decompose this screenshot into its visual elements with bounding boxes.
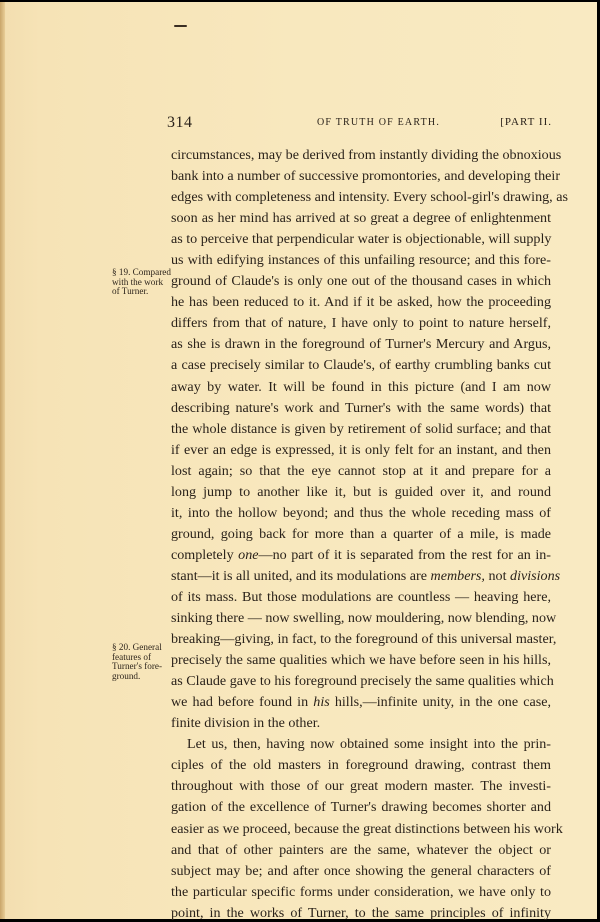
- text-line: precisely the same qualities which we ha…: [171, 650, 551, 671]
- text-line: circumstances, may be derived from insta…: [171, 145, 551, 166]
- text-line: the particular specific forms under cons…: [171, 882, 551, 903]
- text-line: long jump to another like it, but is gui…: [171, 482, 551, 503]
- sidenote-section-19: § 19. Compared with the work of Turner.: [112, 268, 174, 297]
- part-label: [PART II.: [500, 116, 552, 128]
- text-line: of its mass. But those modulations are c…: [171, 587, 551, 608]
- emphasis: his: [313, 694, 329, 710]
- text-line: soon as her mind has arrived at so great…: [171, 208, 551, 229]
- text-line: us with edifying instances of this unfai…: [171, 250, 551, 271]
- text-line: the whole distance is given by retiremen…: [171, 419, 551, 440]
- text-line: away by water. It will be found in this …: [171, 377, 551, 398]
- text-line: subject may be; and after once showing t…: [171, 861, 551, 882]
- text-line: Let us, then, having now obtained some i…: [171, 734, 551, 755]
- text-line: finite division in the other.: [171, 713, 551, 734]
- sidenote-line: ground.: [112, 672, 174, 682]
- text-line: ground of Claude's is only one out of th…: [171, 271, 551, 292]
- text-line: we had before found in his hills,—infini…: [171, 692, 551, 713]
- text-line: as she is drawn in the foreground of Tur…: [171, 334, 551, 355]
- emphasis: members,: [431, 568, 485, 584]
- top-mark: [174, 25, 187, 27]
- page-number: 314: [167, 114, 193, 132]
- sidenote-section-20: § 20. General features of Turner's fore-…: [112, 643, 174, 681]
- text-line: if ever an edge is expressed, it is only…: [171, 440, 551, 461]
- text-line: a case precisely similar to Claude's, of…: [171, 355, 551, 376]
- text-line: ciples of the old masters in foreground …: [171, 755, 551, 776]
- text-line: breaking—giving, in fact, to the foregro…: [171, 629, 551, 650]
- page-header: 314 OF TRUTH OF EARTH. [PART II.: [167, 114, 552, 132]
- emphasis: divisions: [510, 568, 560, 584]
- text-line: differs from that of nature, I have only…: [171, 313, 551, 334]
- text-line: sinking there — now swelling, now moulde…: [171, 608, 551, 629]
- text-line: edges with completeness and intensity. E…: [171, 187, 551, 208]
- text-line: lost again; so that the eye cannot stop …: [171, 461, 551, 482]
- text-line: completely one—no part of it is separate…: [171, 545, 551, 566]
- text-line: gation of the excellence of Turner's dra…: [171, 797, 551, 818]
- text-line: describing nature's work and Turner's wi…: [171, 398, 551, 419]
- text-line: easier as we proceed, because the great …: [171, 819, 551, 840]
- book-page: 314 OF TRUTH OF EARTH. [PART II. § 19. C…: [0, 2, 597, 919]
- text-line: it, into the hollow beyond; and thus the…: [171, 503, 551, 524]
- emphasis: one: [238, 547, 258, 563]
- text-line: ground, going back for more than a quart…: [171, 524, 551, 545]
- text-line: bank into a number of successive promont…: [171, 166, 551, 187]
- running-head: OF TRUTH OF EARTH.: [317, 117, 440, 128]
- text-line: as to perceive that perpendicular water …: [171, 229, 551, 250]
- body-text: circumstances, may be derived from insta…: [171, 145, 551, 922]
- text-line: and that of other painters are the same,…: [171, 840, 551, 861]
- sidenote-line: of Turner.: [112, 287, 174, 297]
- text-line: stant—it is all united, and its modulati…: [171, 566, 551, 587]
- text-line: throughout with those of our great moder…: [171, 776, 551, 797]
- text-line: point, in the works of Turner, to the sa…: [171, 903, 551, 922]
- text-line: he has been reduced to it. And if it be …: [171, 292, 551, 313]
- text-line: as Claude gave to his foreground precise…: [171, 671, 551, 692]
